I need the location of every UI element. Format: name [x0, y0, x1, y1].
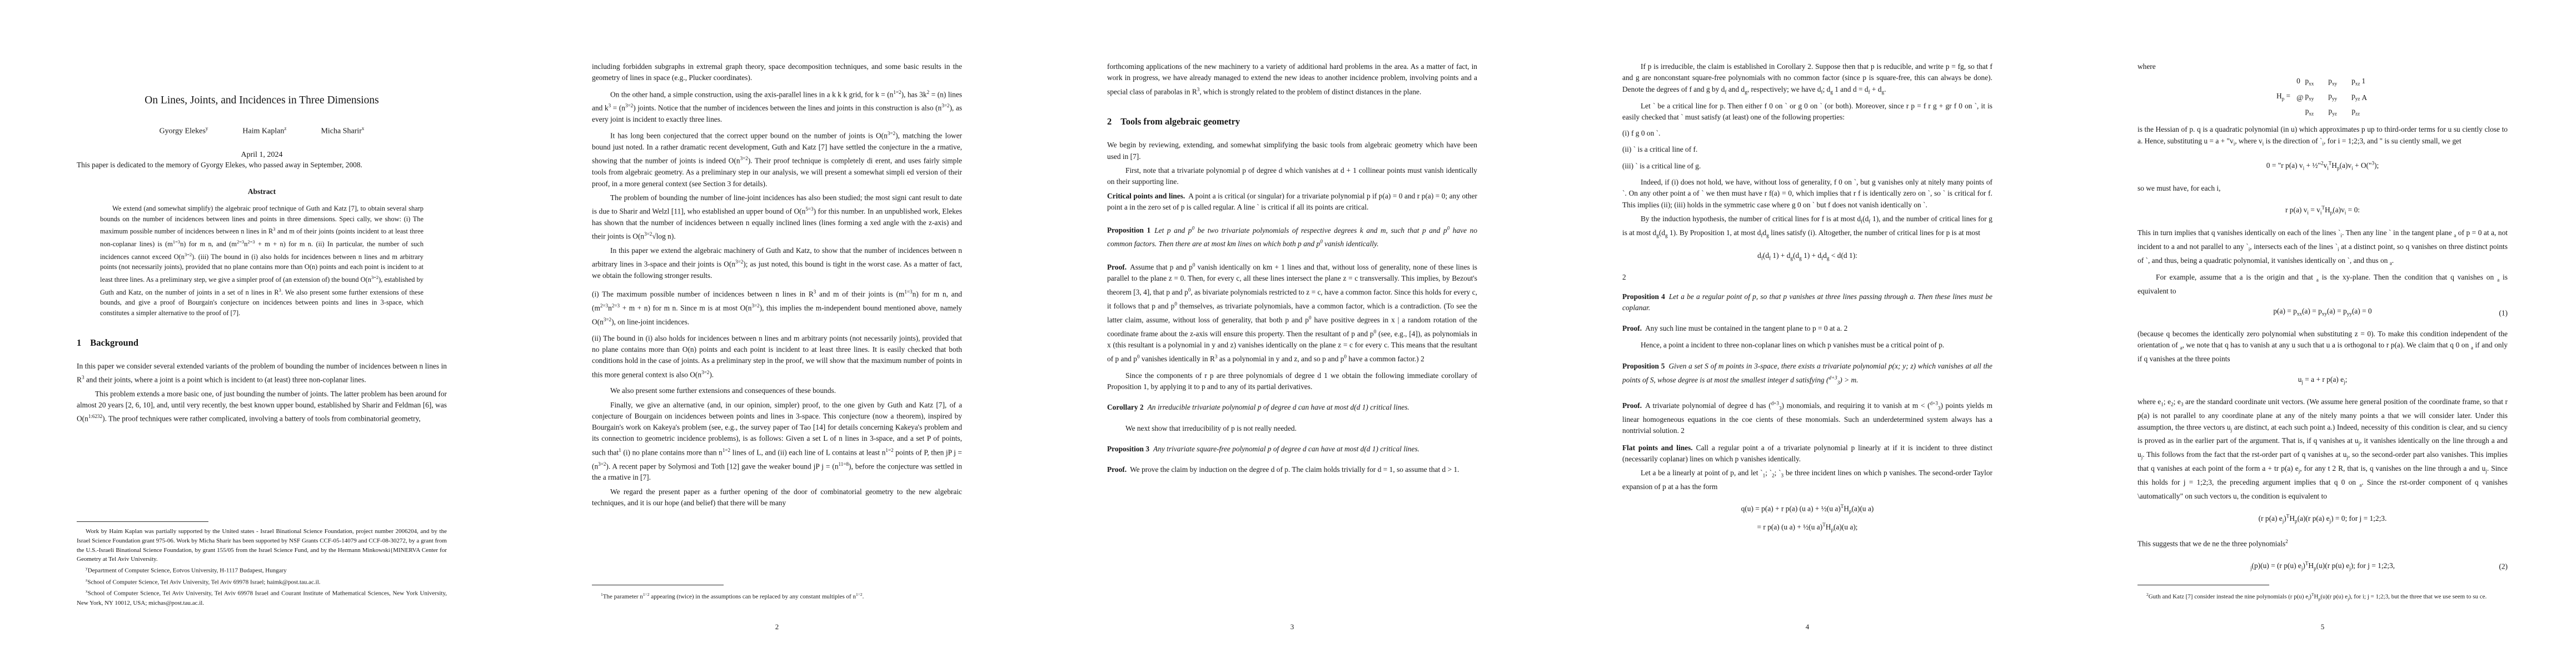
list-item: (i) The maximum possible number of incid…: [592, 286, 962, 327]
paragraph: We also present some further extensions …: [592, 385, 962, 396]
paragraph: For example, assume that a is the origin…: [2137, 272, 2508, 297]
paragraph: Let a be a linearly at point of p, and l…: [1622, 467, 1992, 492]
author: Micha Sharirx: [321, 126, 364, 136]
equation: r p(a) vi = viTHp(a)vi = 0:: [2137, 202, 2508, 220]
proof-text: We prove the claim by induction on the d…: [1130, 465, 1459, 474]
matrix-delimiter: 1A: [2360, 77, 2369, 116]
proposition-text: Let a be a regular point of p, so that p…: [1622, 292, 1992, 312]
paragraph: Finally, we give an alternative (and, in…: [592, 400, 962, 484]
page-2: including forbidden subgraphs in extrema…: [515, 0, 1030, 667]
matrix-delim-glyph: A: [2361, 93, 2367, 102]
proof-paragraph: Proof.A trivariate polynomial of degree …: [1622, 397, 1992, 436]
section-number: 2: [1107, 116, 1112, 127]
authors-line: Gyorgy ElekesyHaim KaplanzMicha Sharirx: [77, 126, 447, 136]
paragraph: Hence, a point a incident to three non-c…: [1622, 340, 1992, 351]
proposition-label: Proposition 1: [1107, 226, 1150, 235]
paragraph: We regard the present paper as a further…: [592, 486, 962, 509]
matrix-entry: pxy: [2328, 77, 2337, 87]
dedication-text: This paper is dedicated to the memory of…: [77, 160, 447, 171]
date-line: April 1, 2024: [77, 151, 447, 160]
equation-body: r p(a) vi = viTHp(a)vi = 0:: [2285, 206, 2360, 214]
equation: j(p)(u) = (r p(u) ej)THp(u)(r p(u) ej); …: [2137, 558, 2508, 575]
page-number: 3: [1107, 623, 1477, 631]
equation-body: p(a) = pxx(a) = pxy(a) = pyy(a) = 0: [2273, 307, 2371, 315]
footnotes-block: 2Guth and Katz [7] consider instead the …: [2137, 585, 2508, 604]
proof-paragraph: Proof.Assume that p and p0 vanish identi…: [1107, 260, 1477, 365]
matrix-entry: pyz: [2351, 92, 2360, 102]
paragraph: We begin by reviewing, extending, and so…: [1107, 140, 1477, 162]
section-heading: 2Tools from algebraic geometry: [1107, 116, 1477, 127]
abstract-text: We extend (and somewhat simplify) the al…: [100, 203, 423, 318]
hessian-label: Hp =: [2276, 92, 2290, 102]
page-1: On Lines, Joints, and Incidences in Thre…: [0, 0, 515, 667]
matrix-entry: pyz: [2328, 107, 2337, 117]
paragraph-lead: Critical points and lines.: [1107, 192, 1185, 200]
proposition-label: Corollary 2: [1107, 403, 1144, 411]
paper-title: On Lines, Joints, and Incidences in Thre…: [77, 93, 447, 108]
footnote-text: yDepartment of Computer Science, Eotvos …: [77, 564, 447, 575]
page-4: If p is irreducible, the claim is establ…: [1546, 0, 2061, 667]
page-number: 2: [592, 623, 962, 631]
equation-body: j(p)(u) = (r p(u) ej)THp(u)(r p(u) ej); …: [2250, 561, 2395, 570]
matrix-entry: pxz: [2351, 77, 2360, 87]
footnote-text: xSchool of Computer Science, Tel Aviv Un…: [77, 587, 447, 608]
footnote-text: Work by Haim Kaplan was partially suppor…: [77, 527, 447, 564]
matrix-delim-glyph: 0: [2296, 77, 2303, 86]
list-item: (i) f g 0 on `.: [1622, 128, 1992, 139]
hessian-equation: Hp =0@pxxpxypxzpxypyypyzpxzpyzpzz1A: [2137, 77, 2508, 116]
equation: q(u) = p(a) + r p(a) (u a) + ½(u a)THp(a…: [1622, 500, 1992, 536]
proof-label: Proof.: [1622, 401, 1642, 410]
section-number: 1: [77, 337, 81, 348]
matrix-delim-glyph: 1: [2361, 77, 2367, 86]
paragraph: This problem extends a more basic one, o…: [77, 389, 447, 425]
paragraph: forthcoming applications of the new mach…: [1107, 61, 1477, 97]
equation-body: 0 = "r p(a) vi + ½"2viTHp(a)vi + O("3);: [2266, 161, 2379, 170]
paragraph: Let ` be a critical line for p. Then eit…: [1622, 101, 1992, 123]
footnotes-block: Work by Haim Kaplan was partially suppor…: [77, 521, 447, 608]
proof-text: Any such line must be contained in the t…: [1645, 324, 1847, 332]
proposition: Corollary 2An irreducible trivariate pol…: [1107, 402, 1477, 413]
author-mark: x: [362, 126, 365, 131]
page-3: forthcoming applications of the new mach…: [1030, 0, 1546, 667]
spacer: [2296, 109, 2303, 116]
page-content: including forbidden subgraphs in extrema…: [592, 0, 962, 581]
proposition-label: Proposition 5: [1622, 362, 1665, 370]
footnote-rule: [77, 521, 208, 522]
proposition: Proposition 4Let a be a regular point of…: [1622, 291, 1992, 314]
paragraph: First, note that a trivariate polynomial…: [1107, 165, 1477, 188]
proposition-label: Proposition 3: [1107, 445, 1149, 453]
proposition-text: Any trivariate square-free polynomial p …: [1153, 445, 1419, 453]
paragraph: If p is irreducible, the claim is establ…: [1622, 61, 1992, 98]
footnotes-block: 1The parameter n1=2 appearing (twice) in…: [592, 585, 962, 601]
page-content: On Lines, Joints, and Incidences in Thre…: [77, 0, 447, 520]
paragraph: We next show that irreducibility of p is…: [1107, 423, 1477, 434]
author: Haim Kaplanz: [242, 126, 286, 136]
paragraph-lead: Flat points and lines.: [1622, 444, 1693, 452]
list-item: (iii) ` is a critical line of g.: [1622, 161, 1992, 172]
page-content: If p is irreducible, the claim is establ…: [1622, 0, 1992, 617]
section-title: Tools from algebraic geometry: [1120, 116, 1240, 127]
footnote-rule: [592, 585, 724, 585]
page-5: whereHp =0@pxxpxypxzpxypyypyzpxzpyzpzz1A…: [2061, 0, 2576, 667]
footnote-text: 1The parameter n1=2 appearing (twice) in…: [592, 590, 962, 601]
proposition-text: Given a set S of m points in 3-space, th…: [1622, 362, 1992, 384]
equation-body: (r p(a) ej)THp(a)(r p(a) ej) = 0; for j …: [2259, 514, 2387, 522]
list-item: (ii) ` is a critical line of f.: [1622, 144, 1992, 155]
equation-body: df(df 1) + dg(dg 1) + dfdg < d(d 1):: [1757, 251, 1857, 260]
paragraph: This in turn implies that q vanishes ide…: [2137, 227, 2508, 269]
proposition-label: Proposition 4: [1622, 292, 1665, 301]
paragraph: In this paper we consider several extend…: [77, 361, 447, 386]
paragraph: In this paper we extend the algebraic ma…: [592, 245, 962, 281]
matrix-entry: pzz: [2351, 107, 2360, 117]
paragraph: Flat points and lines.Call a regular poi…: [1622, 442, 1992, 465]
paragraph: It has long been conjectured that the co…: [592, 128, 962, 189]
footnote-text: zSchool of Computer Science, Tel Aviv Un…: [77, 576, 447, 587]
equation: df(df 1) + dg(dg 1) + dfdg < d(d 1):: [1622, 249, 1992, 265]
footnote-text: 2Guth and Katz [7] consider instead the …: [2137, 590, 2508, 604]
matrix-delimiter: 0@: [2295, 77, 2305, 116]
abstract-heading: Abstract: [77, 187, 447, 196]
paragraph: where e1; e2; e3 are the standard coordi…: [2137, 396, 2508, 502]
matrix-entry: pxz: [2305, 107, 2314, 117]
proposition: Proposition 3Any trivariate square-free …: [1107, 444, 1477, 455]
equation-body: uj = a + r p(a) ej;: [2298, 375, 2348, 384]
proposition: Proposition 1Let p and p0 be two trivari…: [1107, 222, 1477, 250]
paragraph: including forbidden subgraphs in extrema…: [592, 61, 962, 84]
equation: uj = a + r p(a) ej;: [2137, 373, 2508, 389]
author-name: Micha Sharir: [321, 127, 361, 136]
matrix-entry: pyy: [2328, 92, 2337, 102]
paragraph: This suggests that we de ne the three po…: [2137, 536, 2508, 550]
paragraph: (because q becomes the identically zero …: [2137, 328, 2508, 365]
proof-paragraph: Proof.Any such line must be contained in…: [1622, 323, 1992, 334]
matrix-delim-glyph: @: [2296, 93, 2303, 102]
paragraph: Since the components of r p are three po…: [1107, 370, 1477, 393]
proof-text: A trivariate polynomial of degree d has …: [1622, 401, 1992, 435]
proof-text: Assume that p and p0 vanish identically …: [1107, 263, 1477, 362]
author-mark: z: [284, 126, 286, 131]
proposition: Proposition 5Given a set S of m points i…: [1622, 361, 1992, 389]
page-content: whereHp =0@pxxpxypxzpxypyypyzpxzpyzpzz1A…: [2137, 0, 2508, 581]
footnote-rule: [2137, 585, 2269, 585]
paragraph: where: [2137, 61, 2508, 72]
page-content: forthcoming applications of the new mach…: [1107, 0, 1477, 617]
section-title: Background: [90, 337, 138, 348]
paragraph: By the induction hypothesis, the number …: [1622, 213, 1992, 241]
author-name: Haim Kaplan: [242, 127, 284, 136]
section-heading: 1Background: [77, 337, 447, 349]
matrix-entry: pxy: [2305, 92, 2314, 102]
paragraph: is the Hessian of p. q is a quadratic po…: [2137, 124, 2508, 149]
paragraph: Critical points and lines.A point a is c…: [1107, 191, 1477, 213]
equation: 0 = "r p(a) vi + ½"2viTHp(a)vi + O("3);: [2137, 157, 2508, 175]
equation-tag: (2): [2499, 560, 2508, 573]
equation: (r p(a) ej)THp(a)(r p(a) ej) = 0; for j …: [2137, 510, 2508, 528]
proof-label: Proof.: [1107, 465, 1127, 474]
list-item: (ii) The bound in (i) also holds for inc…: [592, 333, 962, 381]
equation-line: q(u) = p(a) + r p(a) (u a) + ½(u a)THp(a…: [1622, 500, 1992, 518]
page-number: 5: [2137, 623, 2508, 631]
page-number: 4: [1622, 623, 1992, 631]
proof-paragraph: Proof.We prove the claim by induction on…: [1107, 464, 1477, 475]
paragraph: The problem of bounding the number of li…: [592, 192, 962, 242]
author-mark: y: [206, 126, 208, 131]
paragraph: On the other hand, a simple construction…: [592, 87, 962, 126]
equation: p(a) = pxx(a) = pxy(a) = pyy(a) = 0(1): [2137, 305, 2508, 321]
hessian-matrix: pxxpxypxzpxypyypyzpxzpyzpzz: [2305, 77, 2360, 116]
paragraph: Indeed, if (i) does not hold, we have, w…: [1622, 177, 1992, 211]
author: Gyorgy Elekesy: [160, 126, 208, 136]
proof-label: Proof.: [1107, 263, 1127, 271]
qed-mark: 2: [1622, 273, 1992, 282]
author-name: Gyorgy Elekes: [160, 127, 206, 136]
paragraph: so we must have, for each i,: [2137, 183, 2508, 194]
proposition-text: An irreducible trivariate polynomial p o…: [1148, 403, 1409, 411]
proof-label: Proof.: [1622, 324, 1642, 332]
equation-line: = r p(a) (u a) + ½(u a)THp(a)(u a);: [1622, 519, 1992, 536]
spacer: [2361, 109, 2367, 116]
proposition-text: Let p and p0 be two trivariate polynomia…: [1107, 226, 1477, 248]
equation-tag: (1): [2499, 306, 2508, 319]
matrix-entry: pxx: [2305, 77, 2314, 87]
